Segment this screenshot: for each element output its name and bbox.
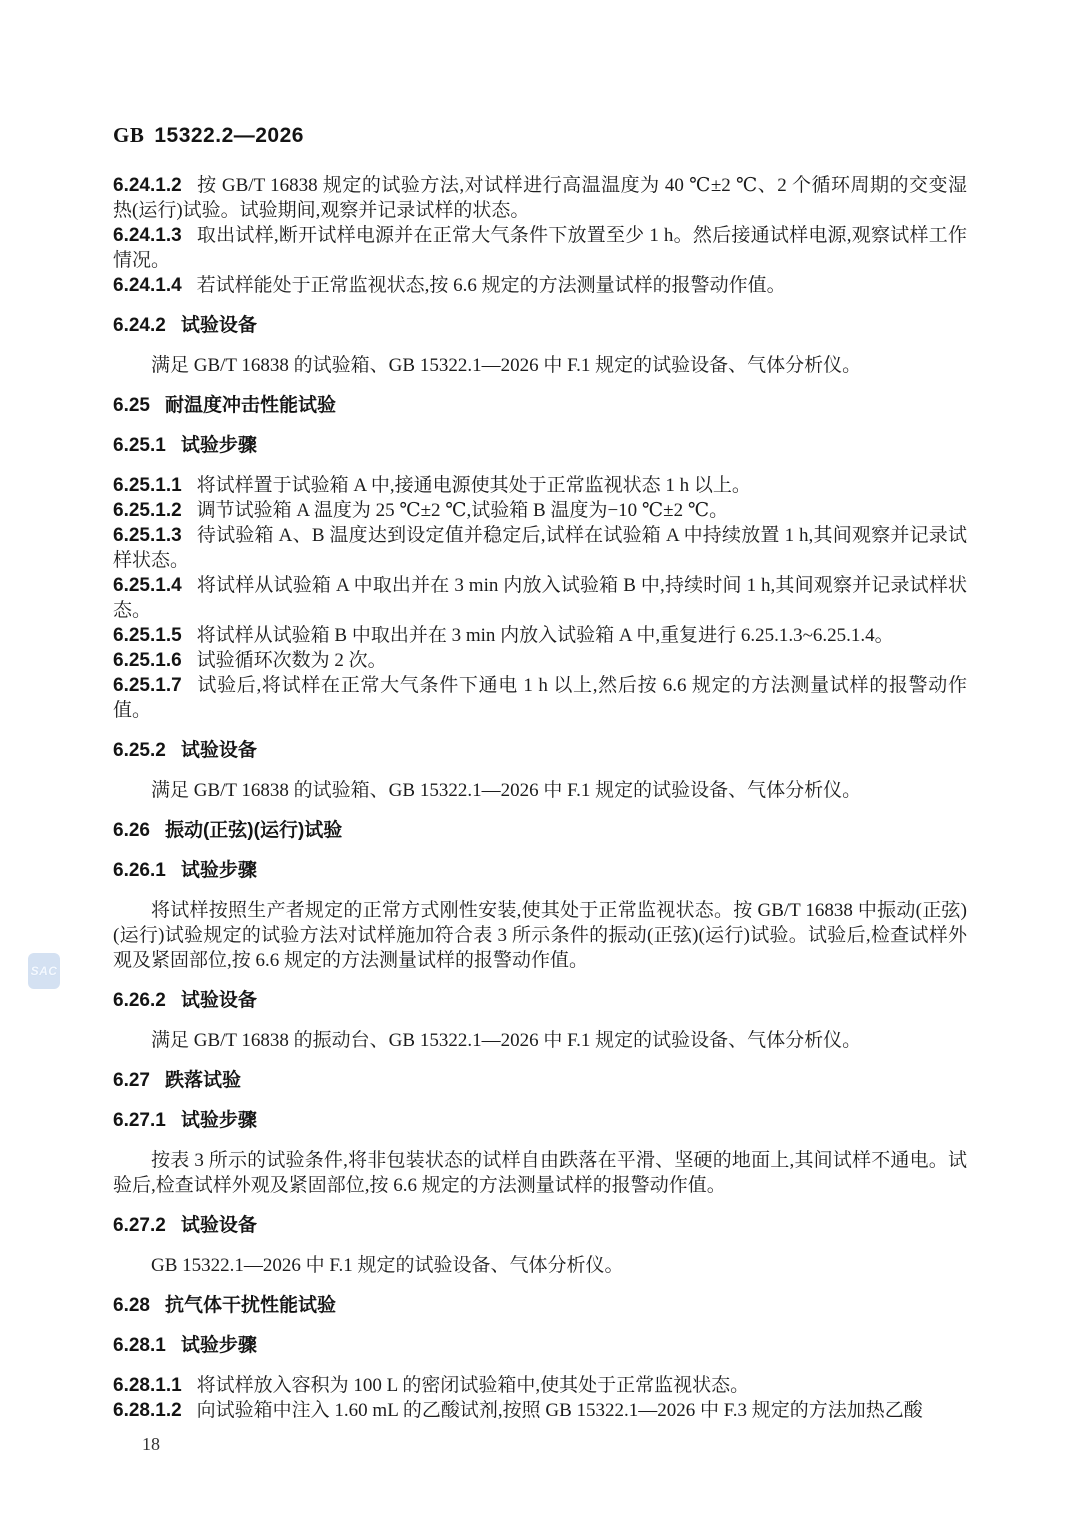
clause-number: 6.24.1.4 <box>113 275 182 296</box>
clause-paragraph: 6.25.1.6试验循环次数为 2 次。 <box>113 648 967 673</box>
section-title: 耐温度冲击性能试验 <box>165 395 336 416</box>
section-heading: 6.24.2试验设备 <box>113 313 967 338</box>
clause-number: 6.25.1.6 <box>113 650 182 671</box>
section-number: 6.25 <box>113 395 150 416</box>
document-page: SAC GB15322.2—2026 6.24.1.2按 GB/T 16838 … <box>0 0 1080 1527</box>
clause-text: 若试样能处于正常监视状态,按 6.6 规定的方法测量试样的报警动作值。 <box>197 275 786 296</box>
section-title: 振动(正弦)(运行)试验 <box>165 820 342 841</box>
section-title: 试验设备 <box>181 990 257 1011</box>
section-number: 6.27 <box>113 1070 150 1091</box>
section-title: 试验设备 <box>181 315 257 336</box>
clause-paragraph: 6.24.1.3取出试样,断开试样电源并在正常大气条件下放置至少 1 h。然后接… <box>113 223 967 273</box>
section-title: 抗气体干扰性能试验 <box>165 1295 336 1316</box>
section-number: 6.26 <box>113 820 150 841</box>
clause-text: 调节试验箱 A 温度为 25 ℃±2 ℃,试验箱 B 温度为−10 ℃±2 ℃。 <box>197 500 728 521</box>
clause-number: 6.25.1.2 <box>113 500 182 521</box>
section-heading: 6.25.1试验步骤 <box>113 433 967 458</box>
body-paragraph: GB 15322.1—2026 中 F.1 规定的试验设备、气体分析仪。 <box>113 1253 967 1278</box>
section-title: 试验步骤 <box>181 435 257 456</box>
section-title: 试验设备 <box>181 1215 257 1236</box>
clause-text: 取出试样,断开试样电源并在正常大气条件下放置至少 1 h。然后接通试样电源,观察… <box>113 225 967 271</box>
body-paragraph: 满足 GB/T 16838 的试验箱、GB 15322.1—2026 中 F.1… <box>113 353 967 378</box>
clause-paragraph: 6.25.1.7试验后,将试样在正常大气条件下通电 1 h 以上,然后按 6.6… <box>113 673 967 723</box>
clause-number: 6.24.1.2 <box>113 175 182 196</box>
section-heading: 6.25耐温度冲击性能试验 <box>113 393 967 418</box>
section-number: 6.26.1 <box>113 860 166 881</box>
clause-number: 6.28.1.2 <box>113 1400 182 1421</box>
document-content: 6.24.1.2按 GB/T 16838 规定的试验方法,对试样进行高温温度为 … <box>113 173 967 1423</box>
section-heading: 6.26.1试验步骤 <box>113 858 967 883</box>
clause-paragraph: 6.28.1.1将试样放入容积为 100 L 的密闭试验箱中,使其处于正常监视状… <box>113 1373 967 1398</box>
section-heading: 6.26.2试验设备 <box>113 988 967 1013</box>
section-heading: 6.28.1试验步骤 <box>113 1333 967 1358</box>
clause-text: 将试样置于试验箱 A 中,接通电源使其处于正常监视状态 1 h 以上。 <box>197 475 751 496</box>
section-number: 6.26.2 <box>113 990 166 1011</box>
section-heading: 6.28抗气体干扰性能试验 <box>113 1293 967 1318</box>
section-number: 6.25.2 <box>113 740 166 761</box>
clause-paragraph: 6.25.1.2调节试验箱 A 温度为 25 ℃±2 ℃,试验箱 B 温度为−1… <box>113 498 967 523</box>
clause-number: 6.25.1.1 <box>113 475 182 496</box>
section-title: 试验步骤 <box>181 1335 257 1356</box>
section-title: 试验步骤 <box>181 860 257 881</box>
section-number: 6.28.1 <box>113 1335 166 1356</box>
body-paragraph: 满足 GB/T 16838 的试验箱、GB 15322.1—2026 中 F.1… <box>113 778 967 803</box>
body-paragraph: 将试样按照生产者规定的正常方式刚性安装,使其处于正常监视状态。按 GB/T 16… <box>113 898 967 973</box>
page-number: 18 <box>113 1432 967 1456</box>
clause-paragraph: 6.28.1.2向试验箱中注入 1.60 mL 的乙酸试剂,按照 GB 1532… <box>113 1398 967 1423</box>
section-number: 6.27.1 <box>113 1110 166 1131</box>
clause-paragraph: 6.25.1.1将试样置于试验箱 A 中,接通电源使其处于正常监视状态 1 h … <box>113 473 967 498</box>
section-heading: 6.25.2试验设备 <box>113 738 967 763</box>
standard-number-header: GB15322.2—2026 <box>113 122 967 149</box>
clause-number: 6.25.1.5 <box>113 625 182 646</box>
clause-paragraph: 6.25.1.5将试样从试验箱 B 中取出并在 3 min 内放入试验箱 A 中… <box>113 623 967 648</box>
body-paragraph: 按表 3 所示的试验条件,将非包装状态的试样自由跌落在平滑、坚硬的地面上,其间试… <box>113 1148 967 1198</box>
section-title: 试验设备 <box>181 740 257 761</box>
clause-paragraph: 6.24.1.2按 GB/T 16838 规定的试验方法,对试样进行高温温度为 … <box>113 173 967 223</box>
section-title: 试验步骤 <box>181 1110 257 1131</box>
section-heading: 6.27.2试验设备 <box>113 1213 967 1238</box>
clause-number: 6.25.1.7 <box>113 675 182 696</box>
clause-text: 按 GB/T 16838 规定的试验方法,对试样进行高温温度为 40 ℃±2 ℃… <box>113 175 967 221</box>
clause-text: 向试验箱中注入 1.60 mL 的乙酸试剂,按照 GB 15322.1—2026… <box>197 1400 923 1421</box>
section-number: 6.27.2 <box>113 1215 166 1236</box>
section-heading: 6.27.1试验步骤 <box>113 1108 967 1133</box>
clause-number: 6.24.1.3 <box>113 225 182 246</box>
section-number: 6.24.2 <box>113 315 166 336</box>
clause-number: 6.25.1.4 <box>113 575 182 596</box>
standard-code: GB <box>113 123 144 147</box>
clause-text: 试验后,将试样在正常大气条件下通电 1 h 以上,然后按 6.6 规定的方法测量… <box>113 675 967 721</box>
section-heading: 6.26振动(正弦)(运行)试验 <box>113 818 967 843</box>
body-paragraph: 满足 GB/T 16838 的振动台、GB 15322.1—2026 中 F.1… <box>113 1028 967 1053</box>
section-title: 跌落试验 <box>165 1070 241 1091</box>
clause-paragraph: 6.25.1.3待试验箱 A、B 温度达到设定值并稳定后,试样在试验箱 A 中持… <box>113 523 967 573</box>
clause-text: 将试样从试验箱 B 中取出并在 3 min 内放入试验箱 A 中,重复进行 6.… <box>197 625 894 646</box>
clause-text: 将试样放入容积为 100 L 的密闭试验箱中,使其处于正常监视状态。 <box>197 1375 749 1396</box>
page-content: GB15322.2—2026 6.24.1.2按 GB/T 16838 规定的试… <box>113 122 967 1456</box>
sac-logo-watermark: SAC <box>28 953 60 989</box>
section-heading: 6.27跌落试验 <box>113 1068 967 1093</box>
section-number: 6.25.1 <box>113 435 166 456</box>
clause-number: 6.25.1.3 <box>113 525 182 546</box>
clause-text: 将试样从试验箱 A 中取出并在 3 min 内放入试验箱 B 中,持续时间 1 … <box>113 575 967 621</box>
section-number: 6.28 <box>113 1295 150 1316</box>
clause-number: 6.28.1.1 <box>113 1375 182 1396</box>
clause-paragraph: 6.24.1.4若试样能处于正常监视状态,按 6.6 规定的方法测量试样的报警动… <box>113 273 967 298</box>
standard-number: 15322.2—2026 <box>154 124 304 147</box>
clause-text: 待试验箱 A、B 温度达到设定值并稳定后,试样在试验箱 A 中持续放置 1 h,… <box>113 525 967 571</box>
clause-paragraph: 6.25.1.4将试样从试验箱 A 中取出并在 3 min 内放入试验箱 B 中… <box>113 573 967 623</box>
clause-text: 试验循环次数为 2 次。 <box>197 650 387 671</box>
sac-logo-label: SAC <box>31 964 58 978</box>
